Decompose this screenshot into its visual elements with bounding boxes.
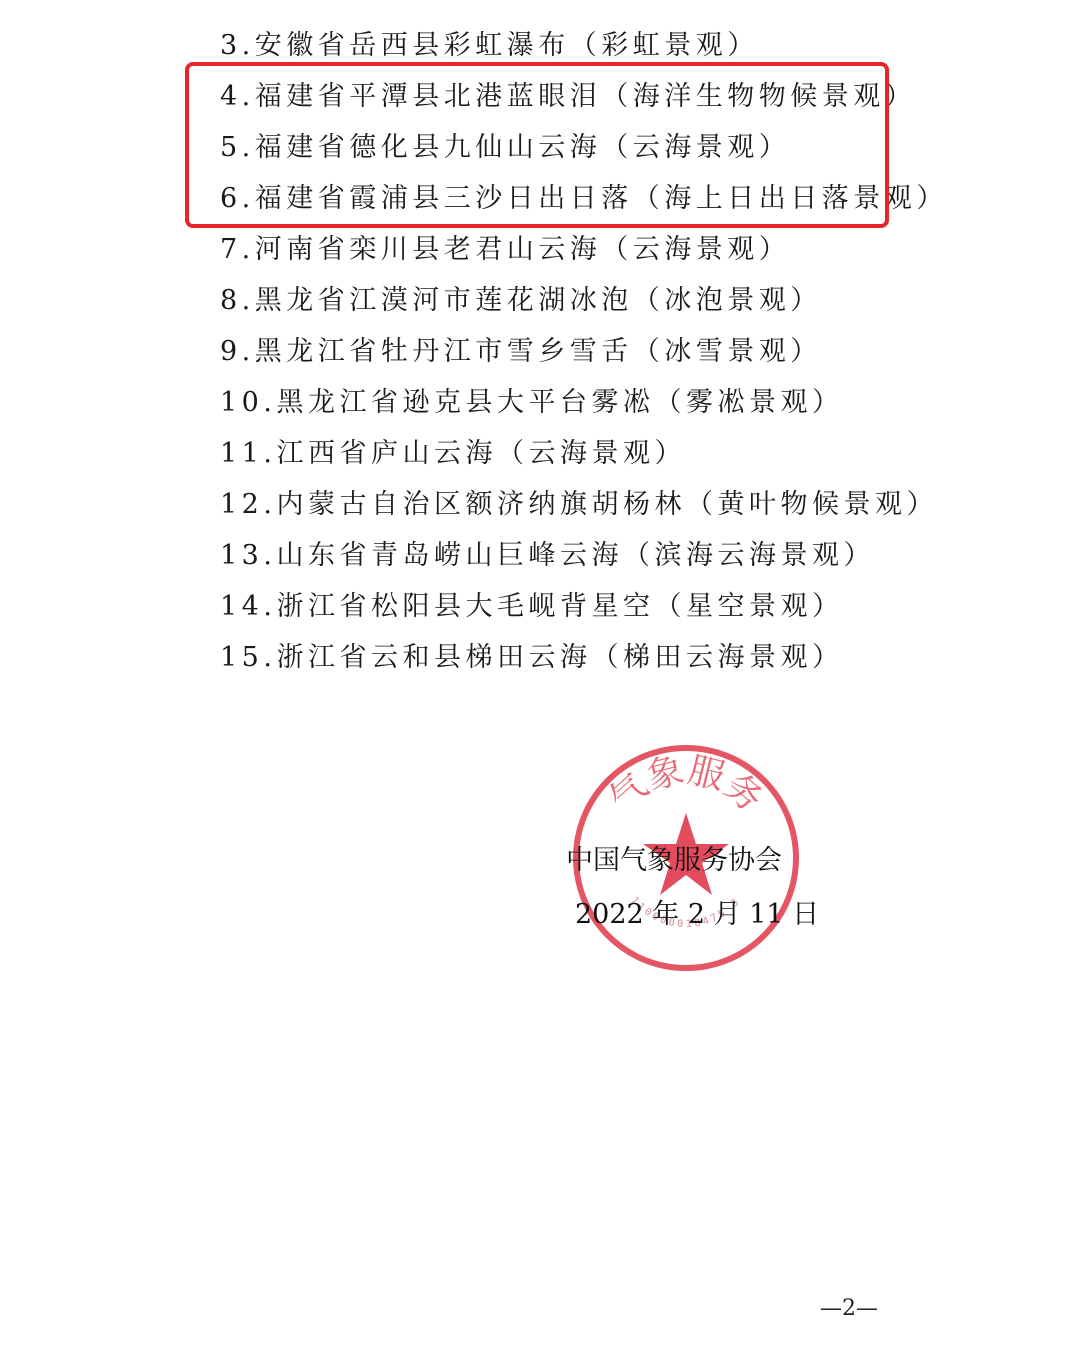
list-item: 13.山东省青岛崂山巨峰云海（滨海云海景观） — [220, 536, 948, 587]
page-number: —2— — [820, 1296, 878, 1321]
signature-date: 2022 年 2 月 11 日 — [575, 892, 819, 931]
list-item: 15.浙江省云和县梯田云海（梯田云海景观） — [220, 638, 948, 689]
list-item: 8.黑龙省江漠河市莲花湖冰泡（冰泡景观） — [220, 281, 948, 332]
signature-organization: 中国气象服务协会 — [566, 838, 782, 877]
list-item: 12.内蒙古自治区额济纳旗胡杨林（黄叶物候景观） — [220, 485, 948, 536]
list-item: 10.黑龙江省逊克县大平台雾凇（雾凇景观） — [220, 383, 948, 434]
list-item: 9.黑龙江省牡丹江市雪乡雪舌（冰雪景观） — [220, 332, 948, 383]
list-item: 7.河南省栾川县老君山云海（云海景观） — [220, 230, 948, 281]
list-item: 11.江西省庐山云海（云海景观） — [220, 434, 948, 485]
list-item: 14.浙江省松阳县大毛岘背星空（星空景观） — [220, 587, 948, 638]
highlight-box-fujian — [185, 62, 889, 228]
svg-text:气象服务: 气象服务 — [602, 750, 770, 821]
